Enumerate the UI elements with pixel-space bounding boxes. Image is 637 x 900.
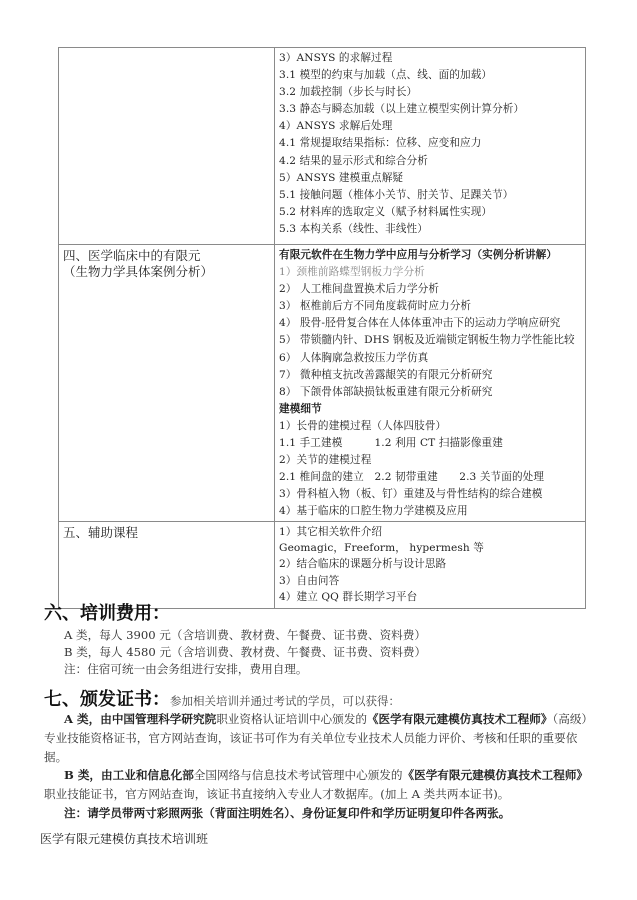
certificate-heading: 七、颁发证书：参加相关培训并通过考试的学员，可以获得：: [44, 685, 400, 711]
content-line: 3.3 静态与瞬态加载（以上建立模型实例计算分析）: [279, 101, 585, 118]
fees-heading: 六、培训费用：: [44, 599, 170, 625]
content-line: 2） 人工椎间盘置换术后力学分析: [279, 281, 585, 298]
cert-b-rest: 职业技能证书，官方网站查询，该证书直接纳入专业人才数据库。(加上 A 类共两本证…: [44, 787, 509, 801]
content-line: 建模细节: [279, 401, 585, 418]
content-line: 2.1 椎间盘的建立 2.2 韧带重建 2.3 关节面的处理: [279, 469, 585, 486]
content-line: 3）骨科植入物（板、钉）重建及与骨性结构的综合建模: [279, 486, 585, 503]
cert-a-mid: 职业资格认证培训中心颁发的: [216, 712, 367, 726]
content-line: 4）基于临床的口腔生物力学建模及应用: [279, 503, 585, 520]
module-cell: 五、辅助课程: [59, 521, 275, 608]
module-subtitle: （生物力学具体案例分析）: [63, 264, 274, 280]
content-cell: 3）ANSYS 的求解过程3.1 模型的约束与加载（点、线、面的加载）3.2 加…: [275, 48, 586, 245]
cert-a-title: 《医学有限元建模仿真技术工程师》: [367, 712, 553, 726]
document-page: 3）ANSYS 的求解过程3.1 模型的约束与加载（点、线、面的加载）3.2 加…: [0, 0, 637, 900]
certificate-note: 注：请学员带两寸彩照两张（背面注明姓名）、身份证复印件和学历证明复印件各两张。: [44, 804, 599, 823]
cert-b-mid: 全国网络与信息技术考试管理中心颁发的: [194, 768, 403, 782]
module-title: 五、辅助课程: [63, 525, 274, 541]
content-line: 5） 带锁髓内针、DHS 钢板及近端锁定钢板生物力学性能比较: [279, 332, 585, 349]
content-line: 4）ANSYS 求解后处理: [279, 118, 585, 135]
content-line: 5）ANSYS 建模重点解疑: [279, 170, 585, 187]
content-line: 1）颈椎前路蝶型钢板力学分析: [279, 264, 585, 281]
content-line: 1.1 手工建模 1.2 利用 CT 扫描影像重建: [279, 435, 585, 452]
certificate-heading-text: 七、颁发证书：: [44, 689, 170, 710]
course-table: 3）ANSYS 的求解过程3.1 模型的约束与加载（点、线、面的加载）3.2 加…: [58, 47, 586, 609]
content-line: 2）结合临床的课题分析与设计思路: [279, 556, 585, 572]
content-line: 3.2 加载控制（步长与时长）: [279, 84, 585, 101]
cert-a-org: 中国管理科学研究院: [112, 712, 216, 726]
cert-b-prefix: B 类，由: [64, 768, 113, 782]
content-line: 3）自由问答: [279, 573, 585, 589]
content-line: 1）长骨的建模过程（人体四肢骨）: [279, 418, 585, 435]
footer-text: 医学有限元建模仿真技术培训班: [40, 830, 208, 847]
certificate-a-paragraph: A 类，由中国管理科学研究院职业资格认证培训中心颁发的《医学有限元建模仿真技术工…: [44, 710, 599, 767]
content-line: 4）建立 QQ 群长期学习平台: [279, 589, 585, 605]
module-cell: [59, 48, 275, 245]
content-cell: 1）其它相关软件介绍Geomagic，Freeform， hypermesh 等…: [275, 521, 586, 608]
content-line: 3） 枢椎前后方不同角度载荷时应力分析: [279, 298, 585, 315]
content-line: 有限元软件在生物力学中应用与分析学习（实例分析讲解）: [279, 247, 585, 264]
content-line: 4） 股骨-胫骨复合体在人体体重冲击下的运动力学响应研究: [279, 315, 585, 332]
table-row: 五、辅助课程 1）其它相关软件介绍Geomagic，Freeform， hype…: [59, 521, 586, 608]
content-line: 5.2 材料库的选取定义（赋予材料属性实现）: [279, 204, 585, 221]
content-line: 1）其它相关软件介绍: [279, 524, 585, 540]
content-line: 8） 下颌骨体部缺损钛板重建有限元分析研究: [279, 384, 585, 401]
content-line: 4.1 常规提取结果指标：位移、应变和应力: [279, 135, 585, 152]
certificate-intro: 参加相关培训并通过考试的学员，可以获得：: [170, 694, 400, 708]
content-line: 3）ANSYS 的求解过程: [279, 50, 585, 67]
content-line: Geomagic，Freeform， hypermesh 等: [279, 540, 585, 556]
fee-line-b: B 类，每人 4580 元（含培训费、教材费、午餐费、证书费、资料费）: [64, 644, 426, 660]
content-line: 5.3 本构关系（线性、非线性）: [279, 221, 585, 238]
table-row: 四、医学临床中的有限元 （生物力学具体案例分析） 有限元软件在生物力学中应用与分…: [59, 245, 586, 522]
table-row: 3）ANSYS 的求解过程3.1 模型的约束与加载（点、线、面的加载）3.2 加…: [59, 48, 586, 245]
content-line: 2）关节的建模过程: [279, 452, 585, 469]
content-line: 3.1 模型的约束与加载（点、线、面的加载）: [279, 67, 585, 84]
cert-note-text: 注：请学员带两寸彩照两张（背面注明姓名）、身份证复印件和学历证明复印件各两张。: [64, 806, 510, 820]
content-cell: 有限元软件在生物力学中应用与分析学习（实例分析讲解）1）颈椎前路蝶型钢板力学分析…: [275, 245, 586, 522]
module-title: 四、医学临床中的有限元: [63, 248, 274, 264]
content-line: 4.2 结果的显示形式和综合分析: [279, 153, 585, 170]
fee-line-a: A 类，每人 3900 元（含培训费、教材费、午餐费、证书费、资料费）: [64, 627, 426, 643]
cert-a-prefix: A 类，由: [64, 712, 112, 726]
certificate-b-paragraph: B 类，由工业和信息化部全国网络与信息技术考试管理中心颁发的《医学有限元建模仿真…: [44, 766, 599, 804]
content-line: 6） 人体胸廓急救按压力学仿真: [279, 350, 585, 367]
fee-note: 注：住宿可统一由会务组进行安排，费用自理。: [64, 661, 307, 677]
cert-b-org: 工业和信息化部: [113, 768, 194, 782]
content-line: 5.1 接触问题（椎体小关节、肘关节、足踝关节）: [279, 187, 585, 204]
module-cell: 四、医学临床中的有限元 （生物力学具体案例分析）: [59, 245, 275, 522]
cert-b-title: 《医学有限元建模仿真技术工程师》: [403, 768, 589, 782]
content-line: 7） 微种植支抗改善露龈笑的有限元分析研究: [279, 367, 585, 384]
